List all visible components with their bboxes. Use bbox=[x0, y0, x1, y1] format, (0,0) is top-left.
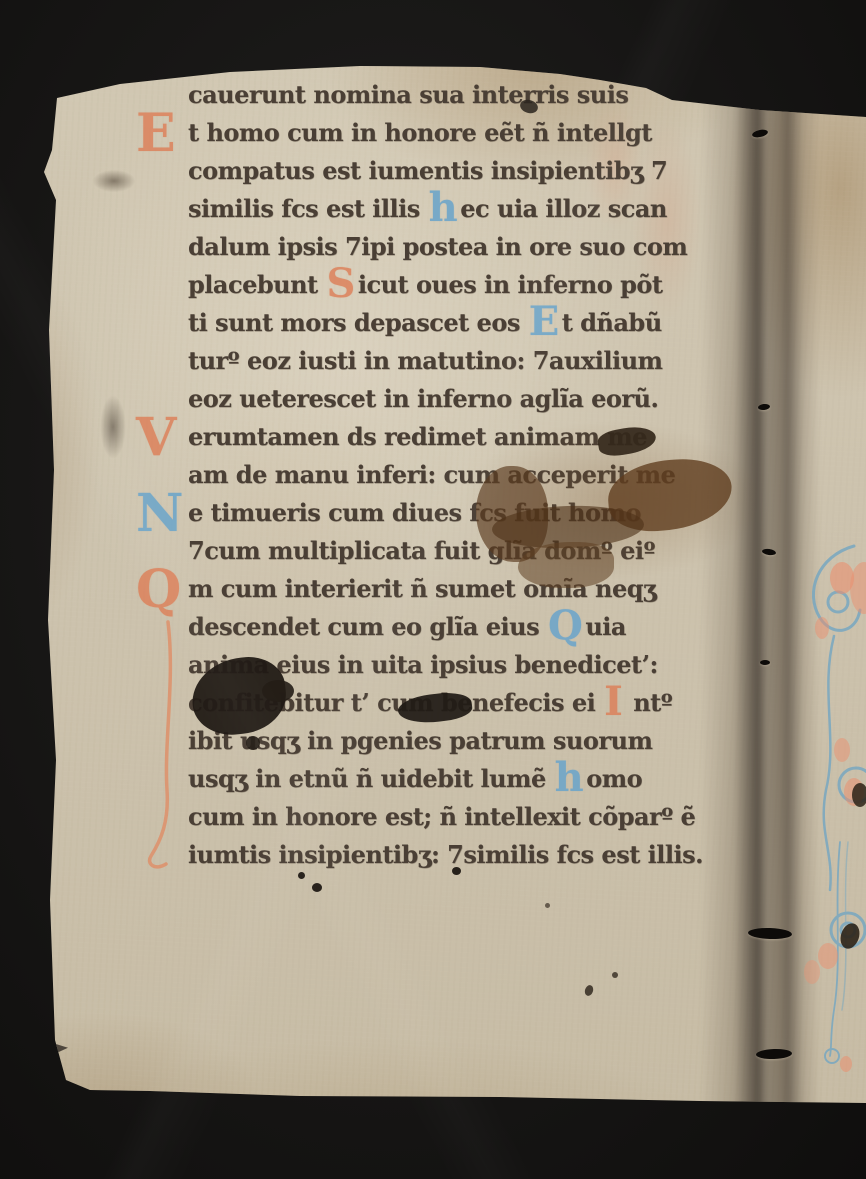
line-text: omo bbox=[586, 764, 642, 793]
text-line: Ne timueris cum diues fcs fuit homo bbox=[188, 496, 641, 530]
text-line: am de manu inferi: cum acceperit me bbox=[188, 458, 675, 492]
text-line: ti sunt mors depascet eos Et dñabũ bbox=[188, 306, 662, 340]
text-line: Et homo cum in honore eẽt ñ intellgt bbox=[188, 116, 652, 150]
line-text: t homo cum in honore eẽt ñ intellgt bbox=[188, 118, 652, 147]
line-text: similis fcs est illis bbox=[188, 194, 428, 223]
photo-background: cauerunt nomina sua interris suisEt homo… bbox=[0, 0, 866, 1179]
speck bbox=[583, 984, 594, 997]
illuminated-initial-q: Q bbox=[548, 602, 582, 649]
line-text: am de manu inferi: cum acceperit me bbox=[188, 460, 675, 489]
text-line: ibit usqʒ in pgenies patrum suorum bbox=[188, 724, 652, 758]
line-text: dalum ipsis 7ipi postea in ore suo com bbox=[188, 232, 687, 261]
marginal-decoration bbox=[790, 540, 866, 1085]
text-line: Verumtamen ds redimet animam me bbox=[188, 420, 647, 454]
sewing-hole bbox=[760, 660, 770, 665]
initial-q-tail bbox=[120, 570, 200, 880]
line-text: ec uia illoz scan bbox=[460, 194, 667, 223]
line-text: icut oues in inferno põt bbox=[358, 270, 663, 299]
line-text: ti sunt mors depascet eos bbox=[188, 308, 528, 337]
illuminated-initial-i: I bbox=[604, 678, 622, 725]
line-text: turº eoz iusti in matutino: 7auxilium bbox=[188, 346, 662, 375]
line-text: m cum interierit ñ sumet omĩa neqʒ bbox=[188, 574, 656, 603]
line-text: t dñabũ bbox=[562, 308, 662, 337]
text-line: 7cum multiplicata fuit glĩa domº eiº bbox=[188, 534, 655, 568]
text-line: iumtis insipientibʒ: 7similis fcs est il… bbox=[188, 838, 703, 872]
line-text: usqʒ in etnũ ñ uidebit lumẽ bbox=[188, 764, 554, 793]
line-text: iumtis insipientibʒ: 7similis fcs est il… bbox=[188, 840, 703, 869]
speck bbox=[545, 903, 550, 908]
line-text: descendet cum eo glĩa eius bbox=[188, 612, 547, 641]
line-text: anima eius in uita ipsius benedicet’: bbox=[188, 650, 658, 679]
illuminated-initial-s: S bbox=[326, 260, 354, 307]
manuscript-page: cauerunt nomina sua interris suisEt homo… bbox=[0, 0, 866, 1179]
text-line: eoz ueterescet in inferno aglĩa eorũ. bbox=[188, 382, 658, 416]
text-line: cum in honore est; ñ intellexit cõparº ẽ bbox=[188, 800, 695, 834]
illuminated-initial-e: E bbox=[529, 298, 559, 345]
line-text: cauerunt nomina sua interris suis bbox=[188, 80, 628, 109]
line-text: e timueris cum diues fcs fuit homo bbox=[188, 498, 641, 527]
text-line: usqʒ in etnũ ñ uidebit lumẽ homo bbox=[188, 762, 642, 796]
speck bbox=[312, 883, 322, 892]
line-text: erumtamen ds redimet animam me bbox=[188, 422, 647, 451]
illuminated-initial-v: V bbox=[136, 412, 176, 464]
illuminated-initial-e: E bbox=[136, 108, 175, 160]
corner-mark bbox=[52, 1040, 68, 1054]
line-text: uia bbox=[585, 612, 626, 641]
speck bbox=[612, 972, 618, 978]
speck bbox=[93, 170, 135, 192]
illuminated-initial-h: h bbox=[429, 184, 458, 231]
line-text: 7cum multiplicata fuit glĩa domº eiº bbox=[188, 536, 655, 565]
speck bbox=[100, 395, 126, 459]
text-line: confitebitur t’ cum benefecis ei I ntº bbox=[188, 686, 672, 720]
line-text: ntº bbox=[625, 688, 672, 717]
line-text: confitebitur t’ cum benefecis ei bbox=[188, 688, 603, 717]
text-line: dalum ipsis 7ipi postea in ore suo com bbox=[188, 230, 687, 264]
text-line: turº eoz iusti in matutino: 7auxilium bbox=[188, 344, 662, 378]
line-text: eoz ueterescet in inferno aglĩa eorũ. bbox=[188, 384, 658, 413]
text-line: anima eius in uita ipsius benedicet’: bbox=[188, 648, 658, 682]
text-line: compatus est iumentis insipientibʒ 7 bbox=[188, 154, 667, 188]
line-text: placebunt bbox=[188, 270, 325, 299]
speck bbox=[298, 872, 305, 879]
text-line: descendet cum eo glĩa eius Quia bbox=[188, 610, 626, 644]
line-text: ibit usqʒ in pgenies patrum suorum bbox=[188, 726, 652, 755]
text-line: similis fcs est illis hec uia illoz scan bbox=[188, 192, 667, 226]
line-text: compatus est iumentis insipientibʒ 7 bbox=[188, 156, 667, 185]
line-text: cum in honore est; ñ intellexit cõparº ẽ bbox=[188, 802, 695, 831]
illuminated-initial-h: h bbox=[555, 754, 584, 801]
text-line: cauerunt nomina sua interris suis bbox=[188, 78, 628, 112]
text-line: placebunt Sicut oues in inferno põt bbox=[188, 268, 662, 302]
text-line: Qm cum interierit ñ sumet omĩa neqʒ bbox=[188, 572, 656, 606]
illuminated-initial-n: N bbox=[136, 488, 183, 540]
